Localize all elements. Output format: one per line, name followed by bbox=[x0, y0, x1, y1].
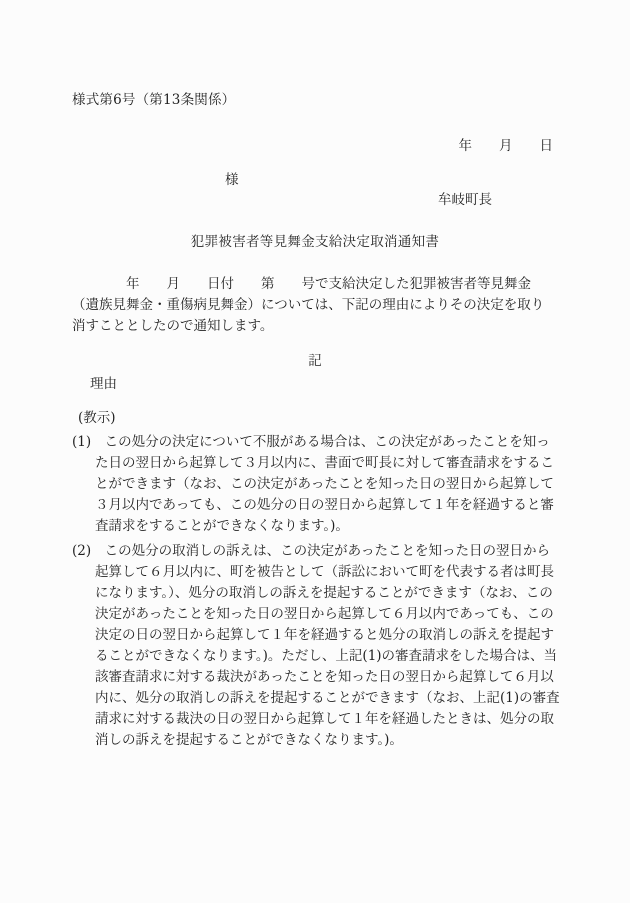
instruction-paragraph-1: (1) この処分の決定について不服がある場合は、この決定があったことを知った日の… bbox=[72, 432, 558, 537]
sender-name: 牟岐町長 bbox=[438, 192, 558, 208]
form-number: 様式第6号（第13条関係） bbox=[72, 92, 558, 108]
text-line: た日の翌日から起算して３月以内に、書面で町長に対して審査請求をするこ bbox=[95, 453, 558, 474]
text-line: 該審査請求に対する裁決があったことを知った日の翌日から起算して６月以 bbox=[95, 667, 558, 688]
text-line: (2) この処分の取消しの訴えは、この決定があったことを知った日の翌日から bbox=[72, 541, 558, 562]
text-line: 請求に対する裁決の日の翌日から起算して１年を経過したときは、処分の取 bbox=[95, 709, 558, 730]
text-line: 年 月 日付 第 号で支給決定した犯罪被害者等見舞金 bbox=[72, 274, 558, 295]
document-page: 様式第6号（第13条関係） 年 月 日 様 牟岐町長 犯罪被害者等見舞金支給決定… bbox=[0, 0, 630, 903]
text-line: 査請求をすることができなくなります。)。 bbox=[95, 516, 558, 537]
text-line: とができます（なお、この決定があったことを知った日の翌日から起算して bbox=[95, 474, 558, 495]
date-line: 年 月 日 bbox=[72, 138, 558, 154]
text-line: （遺族見舞金・重傷病見舞金）については、下記の理由によりその決定を取り bbox=[72, 295, 558, 316]
record-marker: 記 bbox=[72, 353, 558, 369]
text-line: ３月以内であっても、この処分の日の翌日から起算して１年を経過すると審 bbox=[95, 495, 558, 516]
instruction-heading: (教示) bbox=[78, 410, 558, 426]
text-line: 消しの訴えを提起することができなくなります。)。 bbox=[95, 730, 558, 751]
reason-label: 理由 bbox=[90, 376, 558, 392]
text-line: 起算して６月以内に、町を被告として（訴訟において町を代表する者は町長 bbox=[95, 562, 558, 583]
text-line: 決定があったことを知った日の翌日から起算して６月以内であっても、この bbox=[95, 604, 558, 625]
instruction-paragraph-2: (2) この処分の取消しの訴えは、この決定があったことを知った日の翌日から起算し… bbox=[72, 541, 558, 751]
text-line: 消すこととしたので通知します。 bbox=[72, 316, 558, 337]
text-line: 決定の日の翌日から起算して１年を経過すると処分の取消しの訴えを提起す bbox=[95, 625, 558, 646]
text-line: ることができなくなります。)。ただし、上記(1)の審査請求をした場合は、当 bbox=[95, 646, 558, 667]
addressee-honorific: 様 bbox=[225, 172, 558, 188]
notice-body-paragraph: 年 月 日付 第 号で支給決定した犯罪被害者等見舞金（遺族見舞金・重傷病見舞金）… bbox=[72, 274, 558, 337]
document-title: 犯罪被害者等見舞金支給決定取消通知書 bbox=[72, 234, 558, 250]
text-line: 内に、処分の取消しの訴えを提起することができます（なお、上記(1)の審査 bbox=[95, 688, 558, 709]
text-line: (1) この処分の決定について不服がある場合は、この決定があったことを知っ bbox=[72, 432, 558, 453]
text-line: になります。）、処分の取消しの訴えを提起することができます（なお、この bbox=[95, 583, 558, 604]
